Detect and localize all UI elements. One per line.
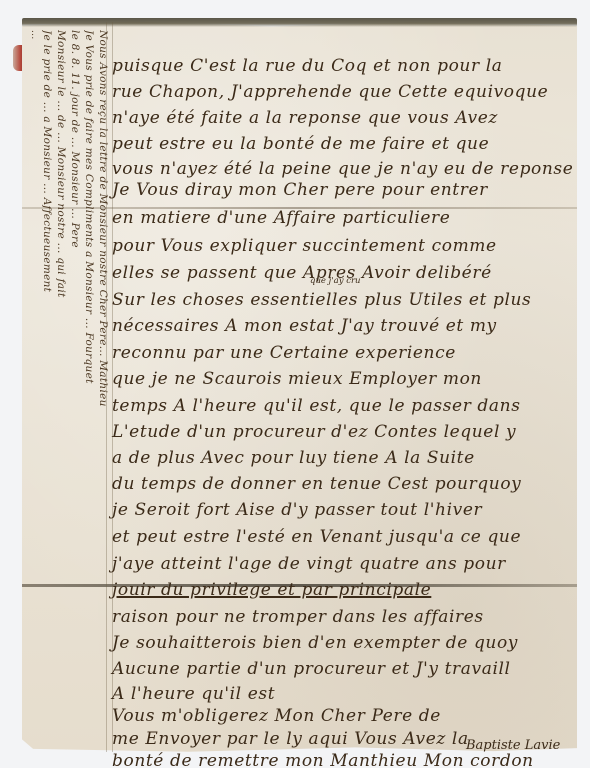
interlinear-insertion: que j'ay cru bbox=[310, 276, 361, 286]
margin-annotation: Nous Avons reçu la lettre de Monsieur no… bbox=[24, 30, 110, 745]
margin-line: le 8. 8. 11. jour de ... Monsieur ... Pe… bbox=[68, 30, 81, 745]
body-line: que je ne Scaurois mieux Employer mon bbox=[112, 369, 482, 389]
body-line: me Envoyer par le ly aqui Vous Avez la bbox=[112, 729, 469, 749]
body-line: temps A l'heure qu'il est, que le passer… bbox=[112, 396, 521, 416]
body-line-underlined: jouir du privilege et par principale bbox=[112, 580, 431, 600]
body-line: du temps de donner en tenue Cest pourquo… bbox=[112, 474, 521, 494]
body-line: nécessaires A mon estat J'ay trouvé et m… bbox=[112, 316, 497, 336]
body-line: peut estre eu la bonté de me faire et qu… bbox=[112, 134, 489, 154]
margin-line: Je Vous prie de faire mes Compliments a … bbox=[82, 30, 95, 745]
body-line: a de plus Avec pour luy tiene A la Suite bbox=[112, 448, 475, 468]
body-line: L'etude d'un procureur d'ez Contes leque… bbox=[112, 422, 516, 442]
margin-line: Je le prie de ... a Monsieur ... Affectu… bbox=[40, 30, 53, 745]
body-line: Je souhaitterois bien d'en exempter de q… bbox=[112, 633, 518, 653]
body-line: rue Chapon, J'apprehende que Cette equiv… bbox=[112, 82, 548, 102]
body-line: Sur les choses essentielles plus Utiles … bbox=[112, 290, 531, 310]
body-line: j'aye atteint l'age de vingt quatre ans … bbox=[112, 554, 506, 574]
body-line: n'aye été faite a la reponse que vous Av… bbox=[112, 108, 498, 128]
body-line: Je Vous diray mon Cher pere pour entrer bbox=[112, 180, 488, 200]
body-line: Aucune partie d'un procureur et J'y trav… bbox=[112, 659, 511, 679]
body-line: elles se passent que Apres Avoir delibér… bbox=[112, 263, 492, 283]
margin-line: ... bbox=[27, 30, 40, 745]
scanned-letter: Nous Avons reçu la lettre de Monsieur no… bbox=[0, 0, 590, 768]
margin-line: Nous Avons reçu la lettre de Monsieur no… bbox=[96, 30, 109, 745]
body-line: reconnu par une Certaine experience bbox=[112, 343, 456, 363]
body-line: pour Vous expliquer succintement comme bbox=[112, 236, 497, 256]
margin-line: Monsieur le ... de ... Monsieur nostre .… bbox=[54, 30, 67, 745]
body-line: A l'heure qu'il est bbox=[112, 684, 275, 704]
body-line: en matiere d'une Affaire particuliere bbox=[112, 208, 450, 228]
body-line: puisque C'est la rue du Coq et non pour … bbox=[112, 56, 502, 76]
body-line: vous n'ayez été la peine que je n'ay eu … bbox=[112, 159, 573, 179]
body-line: raison pour ne tromper dans les affaires bbox=[112, 607, 484, 627]
body-line: je Seroit fort Aise d'y passer tout l'hi… bbox=[112, 500, 482, 520]
signature: Baptiste Lavie bbox=[466, 738, 560, 753]
body-line: bonté de remettre mon Manthieu Mon cordo… bbox=[112, 751, 534, 768]
body-line: Vous m'obligerez Mon Cher Pere de bbox=[112, 706, 441, 726]
body-line: et peut estre l'esté en Venant jusqu'a c… bbox=[112, 527, 521, 547]
